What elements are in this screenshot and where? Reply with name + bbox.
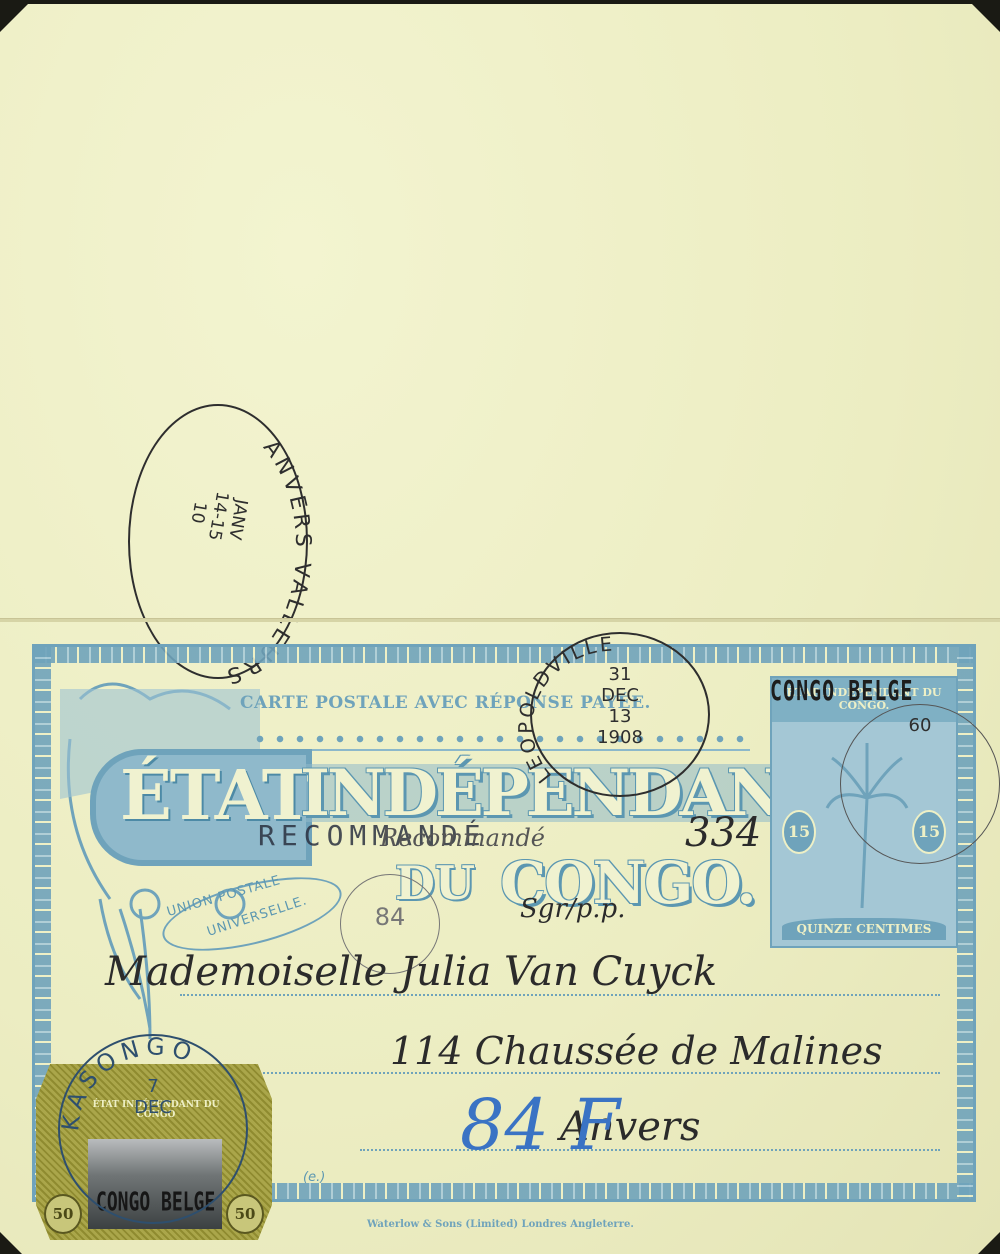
address-line-1: Mademoiselle Julia Van Cuyck [105, 949, 717, 995]
handwritten-initials: Sgr/p.p. [520, 894, 625, 924]
leopoldville-postmark: LEOPOLDVILLE 31 DEC 13 1908 [530, 632, 710, 797]
registration-number: 334 [685, 810, 761, 856]
card-fold [0, 618, 1000, 622]
value-left: 15 [782, 810, 816, 854]
congo-belge-overprint: CONGO BELGE [770, 673, 913, 707]
kasongo-postmark-date: 7 DEC [60, 1076, 246, 1118]
anvers-postmark: ANVERS VALLEURS JANV 14-15 10 [128, 404, 308, 679]
recommande-handwritten: Recommandé [380, 824, 545, 852]
kasongo-postmark: KASONGO 7 DEC [58, 1034, 248, 1224]
corner-cut [0, 1232, 22, 1254]
imprinted-stamp-bottom-text: QUINZE CENTIMES [782, 918, 946, 940]
kasongo-postmark-ring-text: KASONGO [60, 1036, 246, 1222]
postmark-84-text: 84 [341, 903, 439, 931]
corner-cut [978, 1232, 1000, 1254]
address-line-2: 114 Chaussée de Malines [390, 1029, 883, 1073]
partial-postmark-right: 60 [840, 704, 1000, 864]
leopoldville-postmark-date: 31 DEC 13 1908 [532, 664, 708, 748]
reply-card-half: ANVERS VALLEURS JANV 14-15 10 [0, 4, 1000, 620]
side-note: (e.) [303, 1170, 325, 1185]
partial-postmark-text: 60 [841, 715, 999, 736]
printer-imprint: Waterlow & Sons (Limited) Londres Anglet… [367, 1219, 634, 1230]
postal-card-scan: ANVERS VALLEURS JANV 14-15 10 CARTE POST… [0, 4, 1000, 1254]
blue-pencil-marks: 84 F [460, 1084, 620, 1166]
